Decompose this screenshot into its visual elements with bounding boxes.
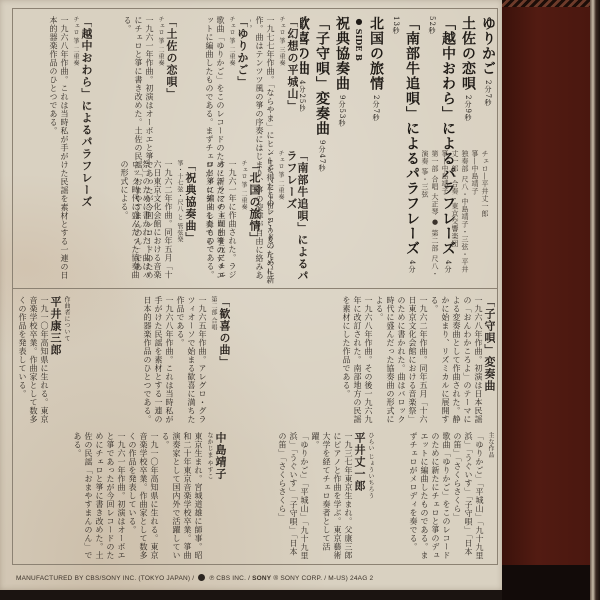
copyright-text: ℗ CBS INC. /	[209, 575, 250, 582]
works-body: 「ゆりかご」「平城山」「九十九里浜」「うぐいす」「子守唄」「日本の笛」「さくらさ…	[452, 432, 485, 560]
section-meta: 作曲者について	[61, 296, 72, 426]
section-meta: 箏・十七弦・尺八 と 管弦楽	[174, 160, 185, 284]
section-meta: チェロ 箏 二重奏	[275, 150, 286, 284]
note-section: ひらい じょういちろう 平井丈一郎 一九三七年東京生まれ。父康三郎にピアノと作曲…	[230, 432, 376, 560]
works-list: 主な作品 「ゆりかご」「平城山」「九十九里浜」「うぐいす」「子守唄」「日本の笛」…	[380, 432, 496, 560]
section-body: 一九一〇年高知県に生れる。東京音楽学校卒業。作曲家として数多くの作品を発表してい…	[17, 296, 50, 426]
section-heading: 中島靖子	[215, 432, 226, 560]
works-body: 「ゆりかご」「平城山」「九十九里浜」「うぐいす」「子守唄」「日本の笛」「さくらさ…	[277, 432, 310, 560]
performer-credits: チェロ―平井丈一郎 箏―中島靖子 独奏部 尺八・中島靖子・三弦・平井丈一郎・合奏…	[380, 150, 490, 280]
section-body: 歌曲「ゆりかご」をこのレコードのために新たにチェロと箏のデュエットに編曲したもの…	[408, 432, 452, 560]
section-heading: 「祝典協奏曲」	[185, 160, 196, 284]
cbs-logo-icon	[198, 574, 205, 581]
catalog-number: 24AG 2	[350, 575, 373, 582]
sony-logo: SONY	[252, 575, 271, 582]
section-body: 一九六二年作曲。同年五月「十六日東京文化会館における音楽祭」のために書かれた。曲…	[119, 160, 174, 284]
credit-line: 箏―中島靖子	[440, 150, 450, 280]
section-body: 一九六八年作曲。その後一九六九年に改訂された。南部地方の民謡を素材にした作品であ…	[268, 150, 275, 284]
section-heading: 「越中おわら」によるパラフレーズ	[81, 16, 92, 284]
section-body: 一九六八年作曲。これは当時私が手がけた民謡を素材とする一連の日本的器楽作品のひと…	[142, 296, 175, 426]
trademark-text: ® SONY CORP. / M-US)	[273, 575, 348, 582]
sleeve-edge	[590, 0, 600, 600]
note-section: 「祝典協奏曲」 箏・十七弦・尺八 と 管弦楽 一九六二年作曲。同年五月「十六日東…	[110, 160, 196, 284]
cover-spine	[502, 0, 590, 600]
section-heading: 「南部牛追唄」によるパラフレーズ	[286, 150, 308, 284]
track-b2: 「子守唄」変奏曲9分47秒	[314, 16, 330, 276]
note-section: 「南部牛追唄」によるパラフレーズ チェロ 箏 二重奏 一九六八年作曲。その後一九…	[268, 150, 308, 284]
striped-edge	[502, 0, 592, 7]
copyright-footer: MANUFACTURED BY CBS/SONY INC. (TOKYO JAP…	[16, 574, 373, 582]
spine-shadow	[502, 565, 590, 600]
section-heading: 「歓喜の曲」	[219, 296, 230, 426]
section-body: 一九一〇年高知県に生れる。東京音楽学校卒業。作曲家として数多くの作品を発表してい…	[127, 432, 160, 560]
section-meta: ひらい じょういちろう	[365, 432, 376, 560]
section-body: 東京生まれ。宮城道雄に師事。昭和二十年東京音楽学校卒業。箏曲演奏家として国内外で…	[160, 432, 204, 560]
section-body: 一九六二年作曲。同年五月「十六日東京文化会館における音楽祭」のために書かれた。曲…	[374, 296, 429, 426]
section-heading: 平井丈一郎	[354, 432, 365, 560]
note-section: 「歓喜の曲」 第二部 合唱 一九六五年作曲。アレグロ・グラツィオーソで始まる歓喜…	[75, 296, 230, 426]
credit-line: 独奏部 尺八・中島靖子・三弦・平井丈一郎・合奏・東京交響楽団	[450, 150, 470, 280]
credit-line: 箏―中島靖子	[470, 150, 480, 280]
note-section: 作曲者について 平井康三郎 一九一〇年高知県に生れる。東京音楽学校卒業。作曲家と…	[16, 296, 72, 426]
section-body: 一九六一年作曲。初演はオーボエと箏であったが今回レコードのためにチェロと箏に書き…	[72, 432, 127, 560]
section-heading: 「子守唄」変奏曲	[484, 296, 495, 426]
track-b1: 祝典協奏曲9分53秒	[334, 16, 350, 276]
section-body: 一九六八年作曲。初演は日本民謡の「おんわかころよ」のテーマによる変奏曲として作曲…	[429, 296, 484, 426]
section-body: 一九三七年東京生まれ。父康三郎にピアノと作曲を学ぶ。東京藝術大学を経てチェロ奏者…	[310, 432, 354, 560]
section-body: 一九六五年作曲。アレグロ・グラツィオーソで始まる歓喜に満ちた作品である。	[175, 296, 208, 426]
section-body: 一九六一年に作曲された。ラジオ・ドラマの主題曲を元にチェロと箏に編曲したものであ…	[205, 160, 238, 284]
note-section: 「子守唄」変奏曲 一九六八年作曲。初演は日本民謡の「おんわかころよ」のテーマによ…	[235, 296, 495, 426]
works-heading: 主な作品	[485, 432, 496, 560]
credit-line: 第一部 合唱 大正琴 ● 第二部 尺八・演奏 筝・三弦	[420, 150, 440, 280]
note-section: 「北国の旅情」 チェロ 箏 二重奏 一九六一年に作曲された。ラジオ・ドラマの主題…	[200, 160, 260, 284]
section-divider	[12, 288, 497, 289]
bottom-shadow	[0, 590, 502, 600]
manufacturer-text: MANUFACTURED BY CBS/SONY INC. (TOKYO JAP…	[16, 575, 194, 582]
section-meta: なかじま やすこ	[204, 432, 215, 560]
section-body: 一九六八年作曲。その後一九六九年に改訂された。南部地方の民謡を素材にした作品であ…	[341, 296, 374, 426]
section-heading: 「北国の旅情」	[249, 160, 260, 284]
note-section: 「越中おわら」によるパラフレーズ チェロ 箏 二重奏 一九六八年作曲。これは当時…	[16, 16, 92, 284]
note-section: 中島靖子 なかじま やすこ 東京生まれ。宮城道雄に師事。昭和二十年東京音楽学校卒…	[16, 432, 226, 560]
side-b-label: ● SIDE B	[354, 16, 364, 276]
credit-line: チェロ―平井丈一郎	[480, 150, 490, 280]
section-body: 一九六八年作曲。これは当時私が手がけた民謡を素材とする一連の日本的器楽作品のひと…	[48, 16, 70, 284]
section-heading: 平井康三郎	[50, 296, 61, 426]
